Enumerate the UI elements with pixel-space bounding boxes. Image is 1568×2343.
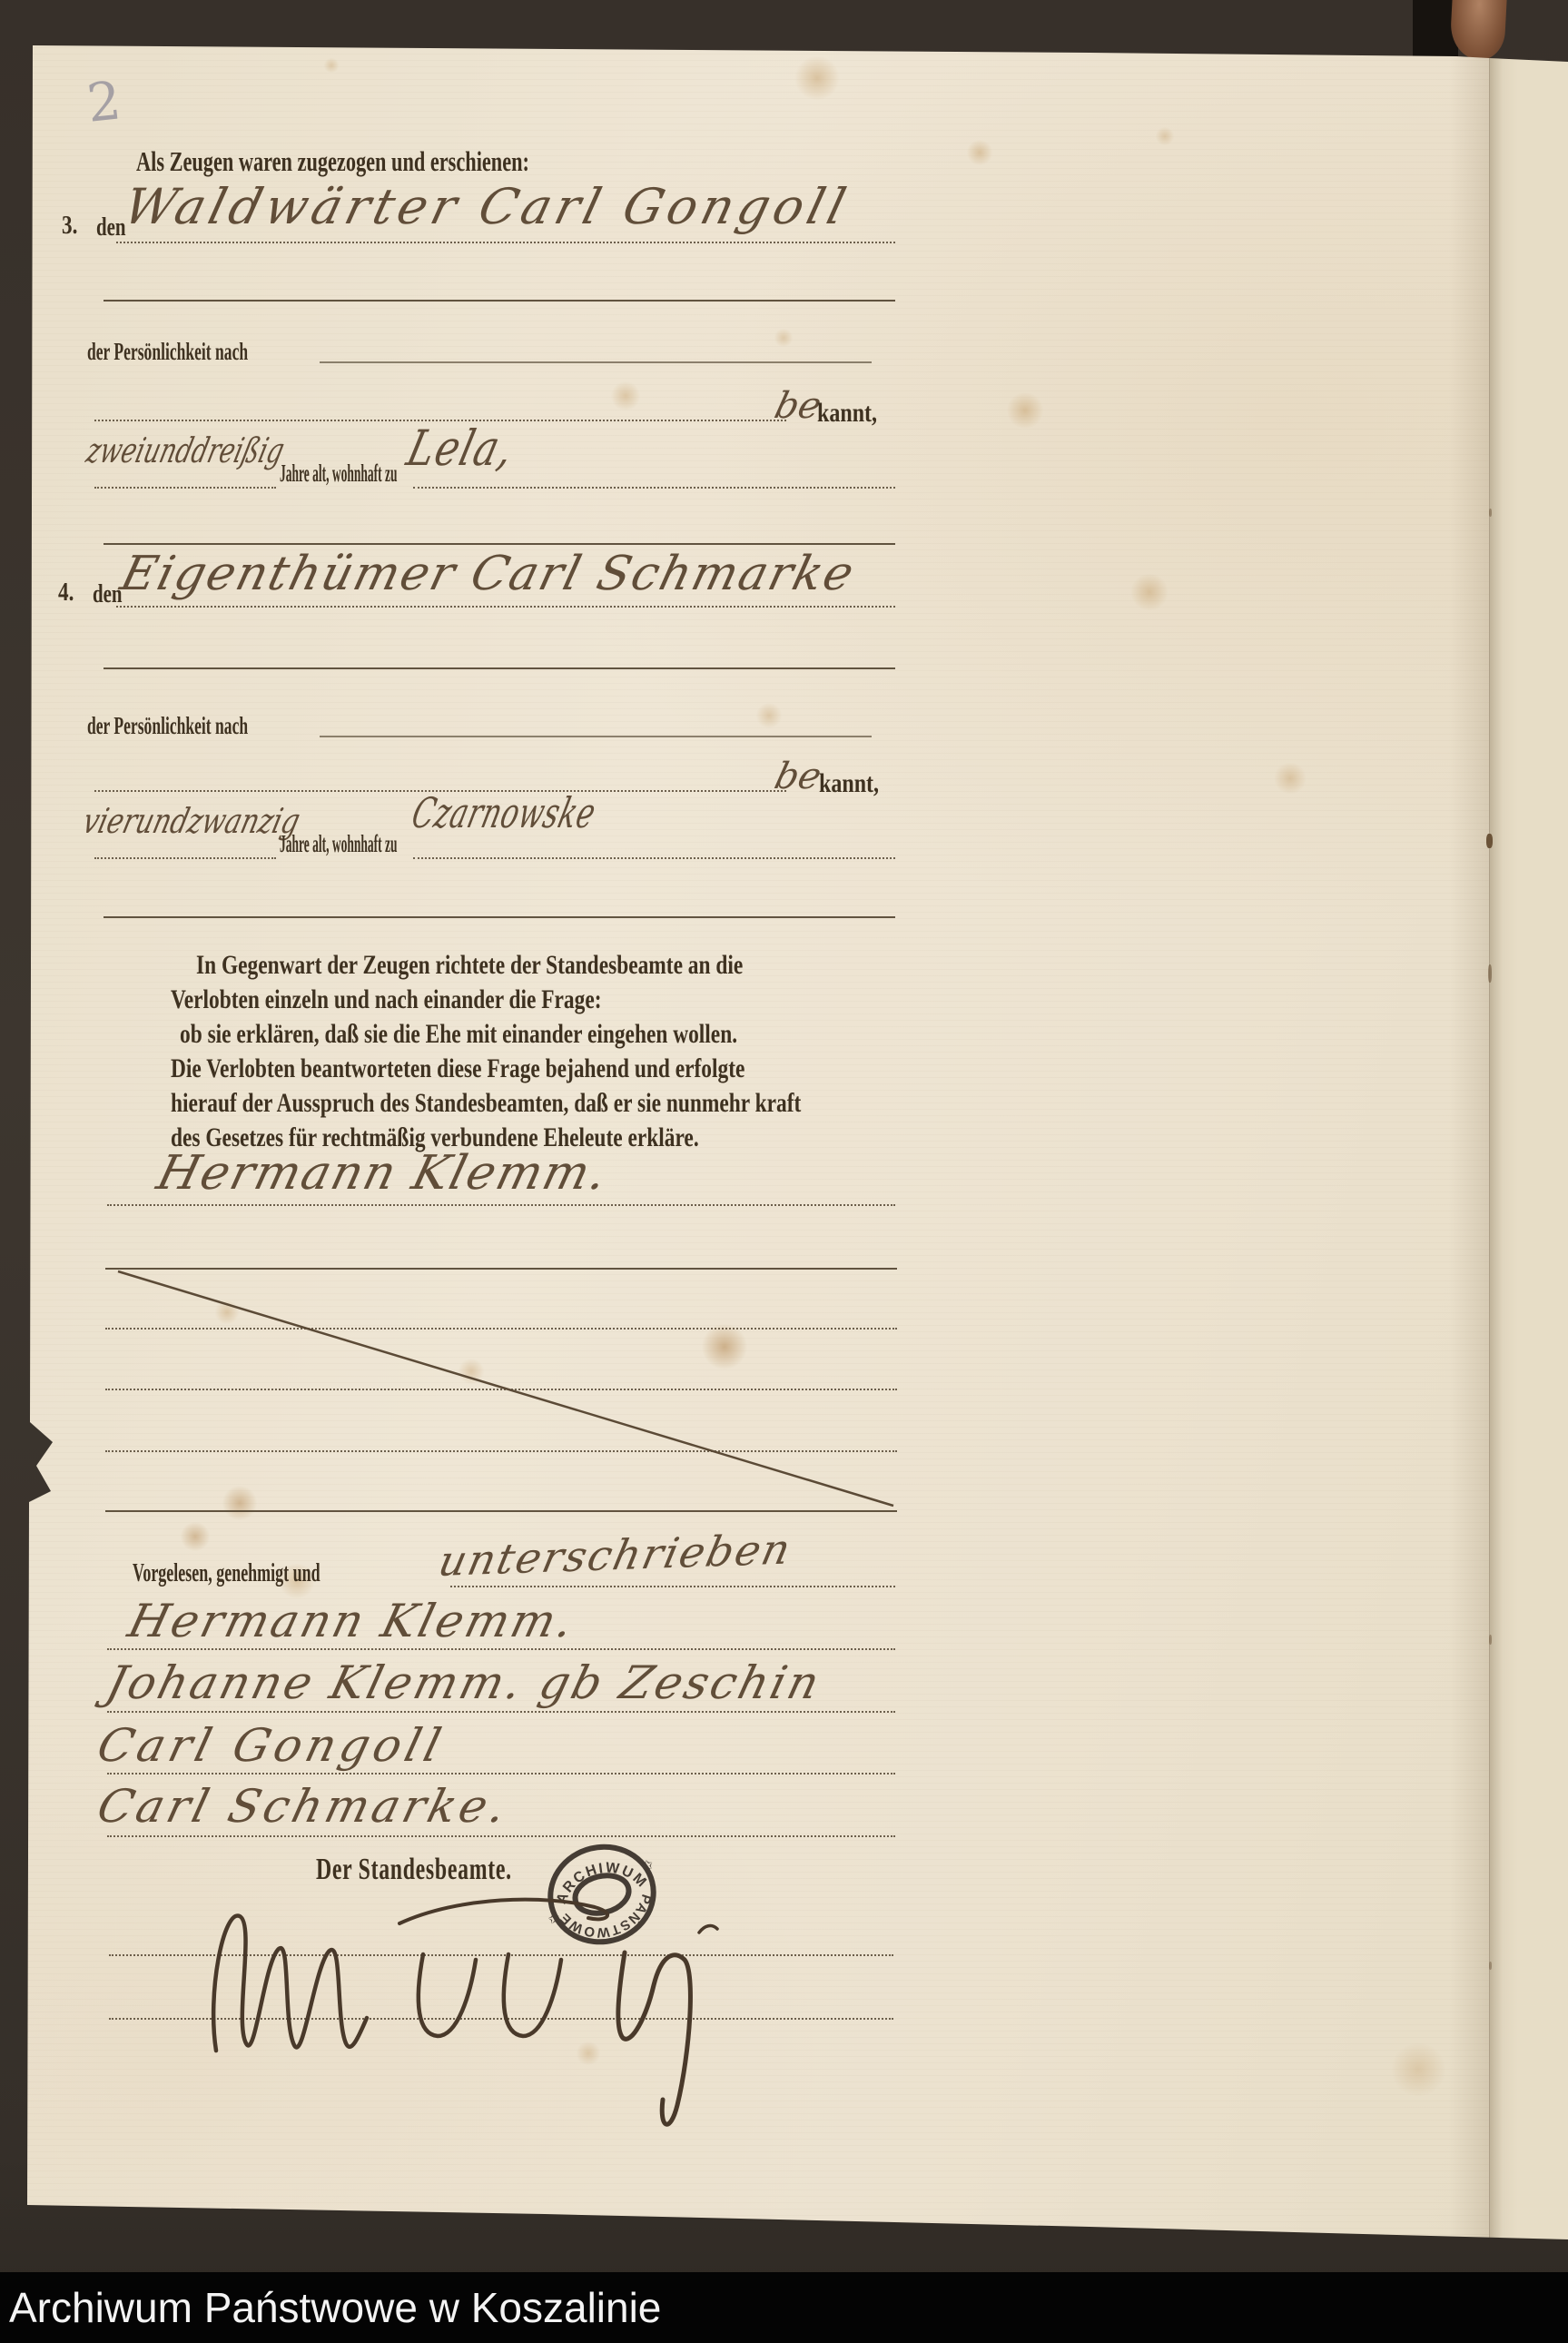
ruled-line [105,1268,897,1270]
stain [701,1324,748,1369]
declaration-line: ob sie erklären, daß sie die Ehe mit ein… [180,1019,737,1050]
stain [1273,763,1307,794]
registrar-label: Der Standesbeamte. [316,1853,512,1887]
ruled-line [450,1586,895,1587]
pencil-page-number: 2 [84,69,124,133]
declaration-line: Die Verlobten beantworteten diese Frage … [171,1053,745,1084]
witness3-name-handwriting: Waldwärter Carl Gongoll [118,178,855,235]
ruled-line [107,1773,895,1775]
stain [180,1522,211,1551]
witness4-residence-handwriting: Czarnowske [408,788,602,837]
ruled-line [105,1450,897,1452]
ruled-line [104,916,895,918]
ruled-line [116,606,895,608]
declaration-line: In Gegenwart der Zeugen richtete der Sta… [196,950,743,981]
witness3-residence-handwriting: Lela, [401,420,520,477]
ruled-line [413,857,895,859]
stamp-star-icon: ✩ [640,1858,655,1875]
ruled-line [116,242,895,243]
age-residence-label: Jahre alt, wohnhaft zu [280,460,398,488]
ruled-line [109,1954,893,1956]
stain [1129,574,1169,610]
ruled-line [104,667,895,669]
ruled-line [105,1328,897,1330]
stain [794,56,841,100]
identity-label: der Persönlichkeit nach [87,338,248,366]
ruled-line [104,300,895,302]
ruled-line [105,1510,897,1512]
declaration-line: hierauf der Ausspruch des Standesbeamten… [171,1088,801,1119]
closing-label: Vorgelesen, genehmigt und [133,1558,321,1588]
ruled-line [94,857,276,859]
ruled-line [107,1835,895,1837]
ruled-line [320,361,872,363]
stamp-star-icon: ✩ [547,1911,561,1928]
declaration-line: Verlobten einzeln und nach einander die … [171,984,602,1015]
witnesses-heading: Als Zeugen waren zugezogen und erschiene… [136,145,529,178]
witness4-age-handwriting: vierundzwanzig [79,801,304,841]
archive-stamp: ARCHIWUM PAŃSTWOWE ✩ ✩ [529,1824,676,1966]
ruled-line [105,1389,897,1390]
age-residence-label: Jahre alt, wohnhaft zu [280,830,398,858]
archive-caption-bar: Archiwum Państwowe w Koszalinie [0,2272,1568,2343]
stain [222,1486,258,1520]
page-fold-edge [1489,0,1568,2343]
known-suffix: kannt, [819,768,879,799]
stain [1006,392,1044,429]
stain [610,381,641,410]
archival-scan: 2 Als Zeugen waren zugezogen und erschie… [0,0,1568,2343]
witness4-name-handwriting: Eigenthümer Carl Schmarke [115,547,861,601]
groom-confirmation-handwriting: Hermann Klemm. [152,1146,614,1201]
ruled-line [94,487,276,489]
binding-stitch [1489,1962,1492,1970]
binding-stitch [1489,509,1492,517]
identity-label: der Persönlichkeit nach [87,712,248,740]
stain [1389,2043,1447,2096]
binding-stitch [1486,834,1493,848]
known-prefix-handwriting: be [771,756,826,797]
stain [966,140,993,165]
signature-handwriting: Johanne Klemm. gb Zeschin [102,1656,827,1709]
closing-word-handwriting: unterschrieben [434,1525,796,1586]
stain [774,329,794,347]
stain [458,1359,485,1384]
ruled-line [107,1648,895,1650]
witness3-age-handwriting: zweiunddreißig [83,430,289,470]
stain [214,1300,240,1324]
ruled-line [104,543,895,545]
signature-handwriting: Carl Gongoll [93,1719,451,1772]
stain [576,2041,601,2065]
known-suffix: kannt, [817,398,877,429]
stain [1155,127,1175,145]
witness4-number: 4. [58,578,74,608]
ruled-line [107,1204,895,1206]
witness3-number: 3. [62,211,77,241]
binding-stitch [1488,964,1492,983]
archive-caption-text: Archiwum Państwowe w Koszalinie [0,2272,1568,2343]
ruled-line [109,2018,893,2020]
binding-stitch [1489,1635,1492,1645]
stain [323,58,340,73]
stain [755,703,783,728]
binding-shadow [1449,0,1491,2343]
ruled-line [320,736,872,737]
register-page: 2 Als Zeugen waren zugezogen und erschie… [0,0,1568,2343]
ruled-line [413,487,895,489]
signature-handwriting: Carl Schmarke. [93,1780,516,1833]
signature-handwriting: Hermann Klemm. [123,1595,582,1647]
ruled-line [107,1711,895,1713]
